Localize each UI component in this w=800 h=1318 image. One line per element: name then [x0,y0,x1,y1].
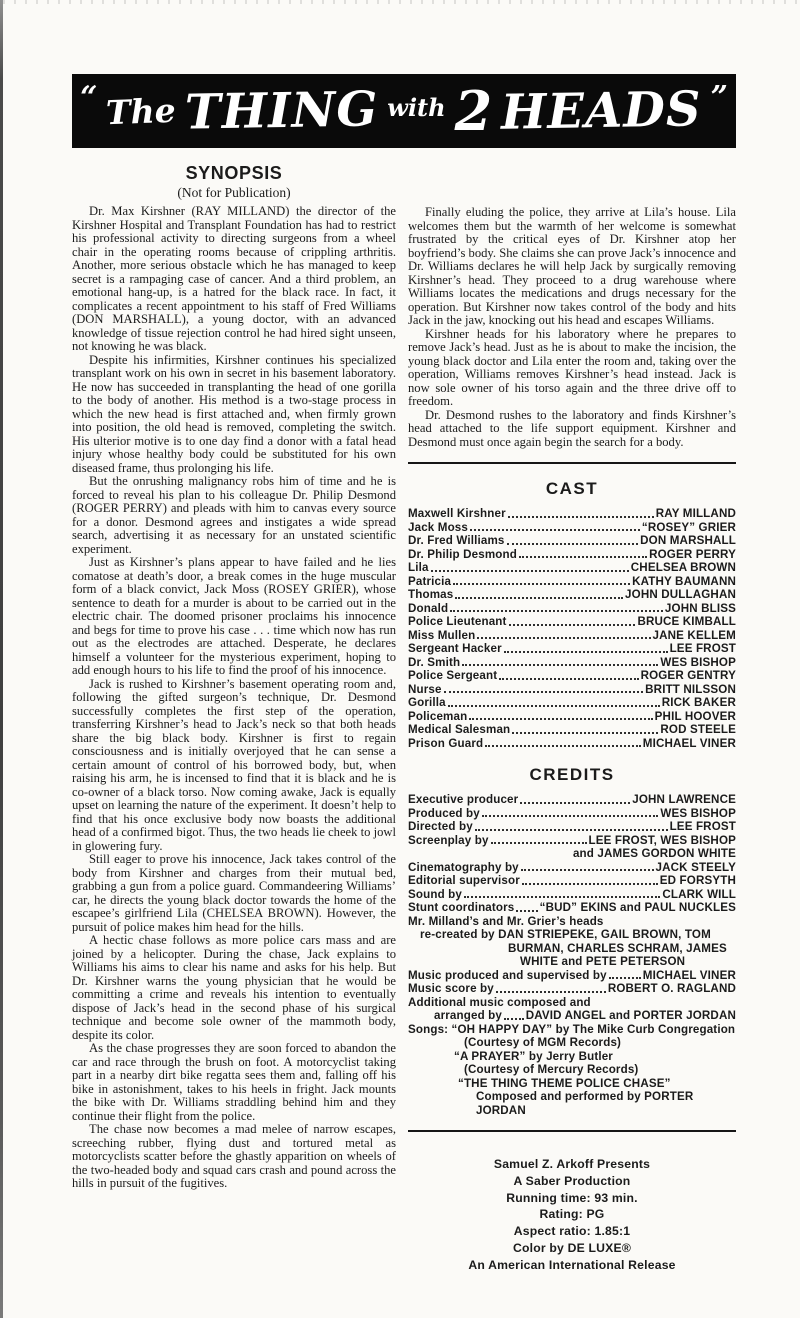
footer-line: Running time: 93 min. [408,1190,736,1207]
credit-value: ROBERT O. RAGLAND [608,982,736,996]
cast-row: Maxwell KirshnerRAY MILLAND [408,507,736,521]
credit-text: “A PRAYER” by Jerry Butler [408,1050,736,1064]
scan-edge-top [3,0,800,4]
cast-role: Nurse [408,683,442,697]
dot-leader [507,543,639,545]
cast-row: NurseBRITT NILSSON [408,683,736,697]
footer-line: An American International Release [408,1257,736,1274]
cast-actor: BRITT NILSSON [645,683,736,697]
cast-row: Sergeant HackerLEE FROST [408,642,736,656]
credit-label: arranged by [434,1009,502,1023]
cast-actor: “ROSEY” GRIER [642,521,736,535]
credit-label: Screenplay by [408,834,489,848]
footer-line: Samuel Z. Arkoff Presents [408,1156,736,1173]
dot-leader [504,1018,524,1020]
banner-word-heads: HEADS [501,81,702,140]
synopsis-paragraph: Finally eluding the police, they arrive … [408,206,736,328]
banner-close-quote: ” [711,83,728,113]
cast-row: Dr. Fred WilliamsDON MARSHALL [408,534,736,548]
synopsis-paragraph: Despite his infirmities, Kirshner contin… [72,354,396,476]
cast-actor: RICK BAKER [662,696,736,710]
cast-role: Police Lieutenant [408,615,507,629]
cast-row: PolicemanPHIL HOOVER [408,710,736,724]
credit-value: DAVID ANGEL and PORTER JORDAN [526,1009,736,1023]
dot-leader [444,691,644,693]
cast-actor: WES BISHOP [660,656,736,670]
dot-leader [448,705,660,707]
cast-actor: JOHN BLISS [665,602,736,616]
dot-leader [450,610,663,612]
cast-role: Medical Salesman [408,723,510,737]
cast-actor: BRUCE KIMBALL [637,615,736,629]
credit-line: Music score byROBERT O. RAGLAND [408,982,736,996]
footer-line: Rating: PG [408,1206,736,1223]
footer-line: Color by DE LUXE® [408,1240,736,1257]
synopsis-paragraph: Dr. Max Kirshner (RAY MILLAND) the direc… [72,205,396,354]
cast-role: Jack Moss [408,521,468,535]
cast-actor: ROGER PERRY [649,548,736,562]
credit-label: Directed by [408,820,473,834]
dot-leader [516,910,537,912]
cast-heading: CAST [408,479,736,499]
credit-label: Music produced and supervised by [408,969,607,983]
synopsis-paragraph: As the chase progresses they are soon fo… [72,1042,396,1123]
dot-leader [520,802,630,804]
credit-label: Music score by [408,982,494,996]
credit-value: JACK STEELY [656,861,736,875]
synopsis-paragraph: The chase now becomes a mad melee of nar… [72,1123,396,1191]
credit-line: Executive producerJOHN LAWRENCE [408,793,736,807]
banner-word-the: The [106,90,177,131]
cast-row: PatriciaKATHY BAUMANN [408,575,736,589]
dot-leader [455,597,623,599]
credit-text: WHITE and PETE PETERSON [408,955,736,969]
cast-actor: KATHY BAUMANN [632,575,736,589]
cast-row: ThomasJOHN DULLAGHAN [408,588,736,602]
dot-leader [469,718,652,720]
cast-row: Police LieutenantBRUCE KIMBALL [408,615,736,629]
cast-role: Dr. Philip Desmond [408,548,517,562]
cast-row: Medical SalesmanROD STEELE [408,723,736,737]
dot-leader [464,896,660,898]
cast-role: Sergeant Hacker [408,642,502,656]
credit-line: Stunt coordinators“BUD” EKINS and PAUL N… [408,901,736,915]
cast-actor: DON MARSHALL [640,534,736,548]
dot-leader [482,815,659,817]
banner-word-two: 2 [455,79,493,143]
dot-leader [512,732,658,734]
cast-row: DonaldJOHN BLISS [408,602,736,616]
credit-line: Cinematography byJACK STEELY [408,861,736,875]
credit-line: Music produced and supervised byMICHAEL … [408,969,736,983]
cast-role: Dr. Smith [408,656,460,670]
cast-row: Dr. Philip DesmondROGER PERRY [408,548,736,562]
credit-value: JOHN LAWRENCE [632,793,736,807]
credit-text: Songs: “OH HAPPY DAY” by The Mike Curb C… [408,1023,736,1037]
dot-leader [496,991,606,993]
synopsis-paragraph: A hectic chase follows as more police ca… [72,934,396,1042]
section-divider [408,1130,736,1132]
cast-role: Maxwell Kirshner [408,507,506,521]
dot-leader [453,583,630,585]
dot-leader [508,516,654,518]
cast-actor: JANE KELLEM [653,629,736,643]
cast-row: Jack Moss“ROSEY” GRIER [408,521,736,535]
dot-leader [477,637,650,639]
credit-label: Cinematography by [408,861,519,875]
release-info-block: Samuel Z. Arkoff Presents A Saber Produc… [408,1156,736,1274]
cast-row: Prison GuardMICHAEL VINER [408,737,736,751]
two-column-layout: SYNOPSIS (Not for Publication) Dr. Max K… [72,163,736,1274]
credit-text: Composed and performed by PORTER JORDAN [408,1090,736,1117]
credit-line: Editorial supervisorED FORSYTH [408,874,736,888]
dot-leader [519,556,647,558]
cast-role: Gorilla [408,696,446,710]
banner-word-thing: THING [184,81,378,140]
cast-row: LilaCHELSEA BROWN [408,561,736,575]
credit-text: Additional music composed and [408,996,736,1010]
credit-value: WES BISHOP [660,807,736,821]
dot-leader [609,977,641,979]
cast-actor: RAY MILLAND [656,507,736,521]
cast-actor: MICHAEL VINER [643,737,736,751]
cast-actor: LEE FROST [670,642,736,656]
credit-line: Screenplay byLEE FROST, WES BISHOP [408,834,736,848]
cast-credits-column: Finally eluding the police, they arrive … [408,163,736,1274]
dot-leader [504,651,668,653]
banner-open-quote: “ [80,83,97,113]
synopsis-paragraph: But the onrushing malignancy robs him of… [72,475,396,556]
footer-line: A Saber Production [408,1173,736,1190]
credit-continuation: and JAMES GORDON WHITE [408,847,736,861]
cast-row: Dr. SmithWES BISHOP [408,656,736,670]
credit-label: Stunt coordinators [408,901,514,915]
credit-line: Sound byCLARK WILL [408,888,736,902]
synopsis-paragraph: Just as Kirshner’s plans appear to have … [72,556,396,678]
credit-text: Mr. Milland’s and Mr. Grier’s heads [408,915,736,929]
dot-leader [521,869,654,871]
synopsis-paragraph: Still eager to prove his innocence, Jack… [72,853,396,934]
footer-line: Aspect ratio: 1.85:1 [408,1223,736,1240]
credit-label: Editorial supervisor [408,874,520,888]
credit-line: arranged byDAVID ANGEL and PORTER JORDAN [408,1009,736,1023]
credit-label: Executive producer [408,793,518,807]
credit-value: ED FORSYTH [660,874,736,888]
cast-role: Patricia [408,575,451,589]
cast-actor: PHIL HOOVER [655,710,736,724]
dot-leader [499,678,638,680]
credit-text: BURMAN, CHARLES SCHRAM, JAMES [408,942,736,956]
synopsis-subheading: (Not for Publication) [72,185,396,201]
cast-actor: ROGER GENTRY [641,669,736,683]
credit-value: “BUD” EKINS and PAUL NUCKLES [540,901,736,915]
credits-list: Executive producerJOHN LAWRENCE Produced… [408,793,736,1117]
credit-label: Produced by [408,807,480,821]
dot-leader [509,624,636,626]
credit-value: LEE FROST, WES BISHOP [589,834,736,848]
press-kit-page: “ The THING with 2 HEADS ” SYNOPSIS (Not… [72,74,736,1274]
credit-value: CLARK WILL [662,888,736,902]
dot-leader [462,664,658,666]
cast-row: Miss MullenJANE KELLEM [408,629,736,643]
dot-leader [475,829,668,831]
credit-text: (Courtesy of MGM Records) [408,1036,736,1050]
dot-leader [522,883,658,885]
synopsis-paragraph: Kirshner heads for his laboratory where … [408,328,736,409]
credit-label: Sound by [408,888,462,902]
synopsis-column: SYNOPSIS (Not for Publication) Dr. Max K… [72,163,396,1274]
cast-role: Miss Mullen [408,629,475,643]
title-banner: “ The THING with 2 HEADS ” [72,74,736,148]
cast-actor: ROD STEELE [660,723,736,737]
credit-line: Produced byWES BISHOP [408,807,736,821]
dot-leader [491,842,587,844]
credit-value: LEE FROST [670,820,736,834]
banner-word-with: with [387,93,445,122]
cast-role: Police Sergeant [408,669,497,683]
credits-heading: CREDITS [408,765,736,785]
dot-leader [470,529,640,531]
credit-text: (Courtesy of Mercury Records) [408,1063,736,1077]
dot-leader [485,745,641,747]
cast-role: Lila [408,561,429,575]
credit-line: Directed byLEE FROST [408,820,736,834]
cast-actor: JOHN DULLAGHAN [625,588,736,602]
dot-leader [431,570,629,572]
synopsis-paragraph: Dr. Desmond rushes to the laboratory and… [408,409,736,450]
synopsis-paragraph: Jack is rushed to Kirshner’s basement op… [72,678,396,854]
cast-role: Policeman [408,710,467,724]
cast-role: Donald [408,602,448,616]
cast-row: Police SergeantROGER GENTRY [408,669,736,683]
cast-role: Prison Guard [408,737,483,751]
credit-text: re-created by DAN STRIEPEKE, GAIL BROWN,… [408,928,736,942]
cast-list: Maxwell KirshnerRAY MILLAND Jack Moss“RO… [408,507,736,750]
credit-value: MICHAEL VINER [643,969,736,983]
cast-role: Thomas [408,588,453,602]
cast-role: Dr. Fred Williams [408,534,505,548]
synopsis-heading: SYNOPSIS [72,163,396,184]
cast-row: GorillaRICK BAKER [408,696,736,710]
credit-text: “THE THING THEME POLICE CHASE” [408,1077,736,1091]
cast-actor: CHELSEA BROWN [631,561,736,575]
scan-edge [0,0,3,1318]
section-divider [408,462,736,464]
